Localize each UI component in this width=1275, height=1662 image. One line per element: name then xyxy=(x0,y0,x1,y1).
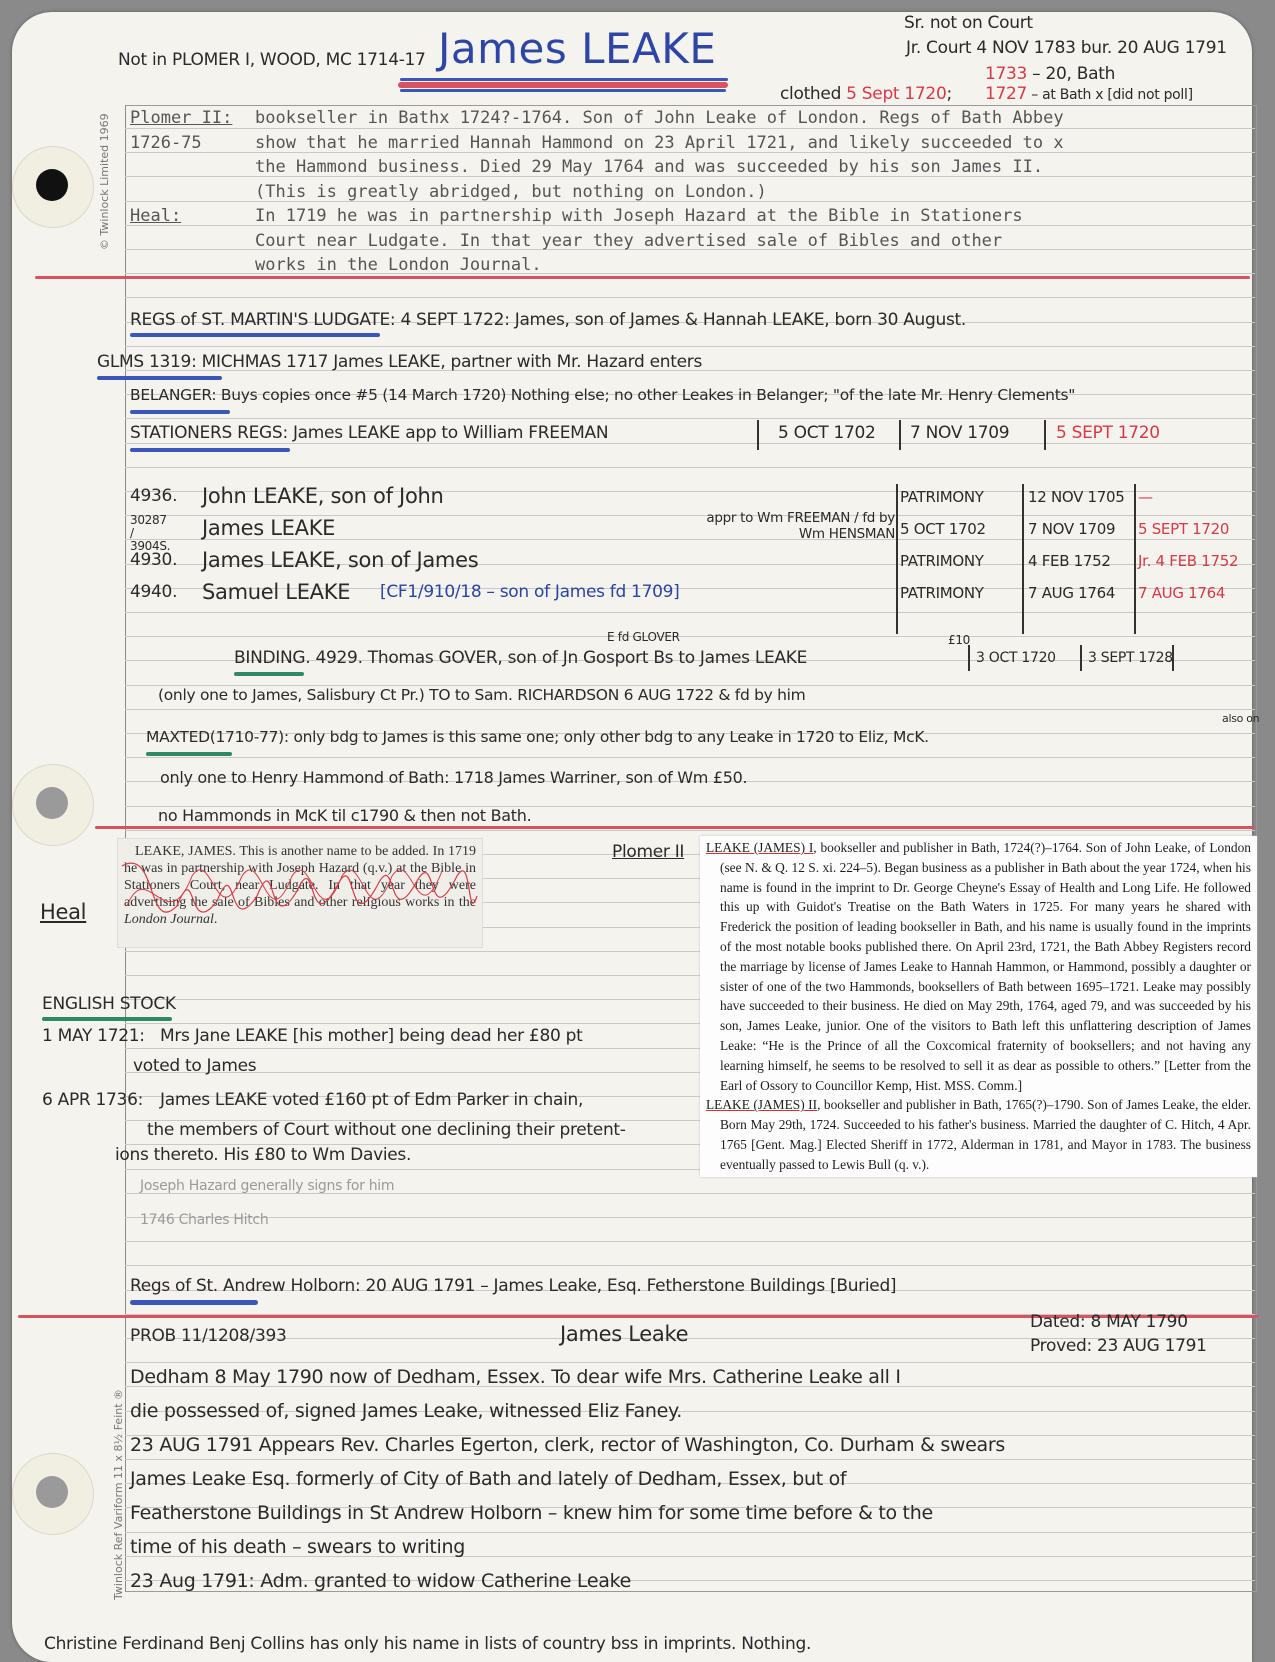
ruled-line xyxy=(125,1459,1255,1460)
will-line: 23 Aug 1791: Adm. granted to widow Cathe… xyxy=(130,1570,631,1592)
will-line: James Leake Esq. formerly of City of Bat… xyxy=(130,1468,846,1490)
bath-note-1-text: – 20, Bath xyxy=(1027,64,1115,84)
plomer-clipping: LEAKE (JAMES) I, bookseller and publishe… xyxy=(700,836,1257,1177)
burial-label: Regs of St. Andrew Holborn xyxy=(130,1276,355,1296)
plomer-entry-1: LEAKE (JAMES) I, bookseller and publishe… xyxy=(706,838,1251,1095)
ruled-line xyxy=(125,1217,1255,1218)
st-martins-text: : 4 SEPT 1722: James, son of James & Han… xyxy=(390,310,966,330)
highlight-blue xyxy=(130,448,290,452)
stationers-text: : James LEAKE app to William FREEMAN xyxy=(282,423,608,443)
court-note-sr: Sr. not on Court xyxy=(904,13,1033,33)
glms-note: GLMS 1319: MICHMAS 1717 James LEAKE, par… xyxy=(97,352,702,372)
column-rule xyxy=(757,420,759,450)
register-name: James LEAKE xyxy=(202,516,335,540)
highlight-green xyxy=(42,1017,172,1021)
binding-above: E fd GLOVER xyxy=(607,630,680,644)
ruled-line xyxy=(125,467,1255,468)
st-martins-note: REGS of ST. MARTIN'S LUDGATE: 4 SEPT 172… xyxy=(130,310,966,330)
stationers-date-2: 7 NOV 1709 xyxy=(910,423,1009,443)
glms-text: : MICHMAS 1717 James LEAKE, partner with… xyxy=(191,352,702,372)
plomer-entry-1-text: , bookseller and publisher in Bath, 1724… xyxy=(720,840,1251,1093)
register-col-3: — xyxy=(1138,488,1153,506)
register-col-2: 4 FEB 1752 xyxy=(1028,552,1111,570)
burial-text: : 20 AUG 1791 – James Leake, Esq. Fether… xyxy=(355,1276,896,1296)
highlight-green xyxy=(234,672,304,676)
title-underline-blue xyxy=(400,78,728,81)
will-ref: PROB 11/1208/393 xyxy=(130,1326,287,1346)
burial-note: Regs of St. Andrew Holborn: 20 AUG 1791 … xyxy=(130,1276,896,1296)
st-martins-label: REGS of ST. MARTIN'S LUDGATE xyxy=(130,310,390,330)
typed-line: show that he married Hannah Hammond on 2… xyxy=(255,133,1064,153)
register-num: 4936. xyxy=(130,486,177,506)
binding-text: . 4929. Thomas GOVER, son of Jn Gosport … xyxy=(305,648,807,668)
register-name: Samuel LEAKE xyxy=(202,580,402,604)
typed-line: the Hammond business. Died 29 May 1764 a… xyxy=(255,157,1043,177)
ruled-line xyxy=(125,1265,1255,1266)
register-col-2: 12 NOV 1705 xyxy=(1028,488,1125,506)
year-red: 1733 xyxy=(985,64,1027,84)
register-num: 4940. xyxy=(130,582,177,602)
printer-mark-bottom: Twinlock Ref Variform 11 x 8½ Feint ® xyxy=(112,1389,125,1600)
stationers-label: STATIONERS REGS xyxy=(130,423,282,443)
register-name: James LEAKE, son of James xyxy=(202,548,478,572)
register-col-3: Jr. 4 FEB 1752 xyxy=(1138,552,1238,570)
clothed-label: clothed xyxy=(780,84,841,104)
will-proved: Proved: 23 AUG 1791 xyxy=(1030,1336,1207,1356)
heal-label: Heal: xyxy=(130,206,181,226)
plomer-entry-2-head: LEAKE (JAMES) II xyxy=(706,1097,817,1112)
es-date-1: 1 MAY 1721: xyxy=(42,1026,145,1046)
column-rule xyxy=(899,420,901,450)
belanger-note: BELANGER: Buys copies once #5 (14 March … xyxy=(130,386,1075,404)
register-col-3: 7 AUG 1764 xyxy=(1138,584,1225,602)
will-dated: Dated: 8 MAY 1790 xyxy=(1030,1312,1188,1332)
ruled-line xyxy=(125,128,1255,129)
will-line: die possessed of, signed James Leake, wi… xyxy=(130,1400,682,1422)
bath-note-2-text: – at Bath x [did not poll] xyxy=(1027,87,1193,103)
typed-line: works in the London Journal. xyxy=(255,255,542,275)
printer-mark-top: © Twinlock Limited 1969 xyxy=(98,113,111,250)
binding-line-2: (only one to James, Salisbury Ct Pr.) TO… xyxy=(158,686,805,704)
heal-clipping-head: LEAKE, JAMES. xyxy=(135,844,236,859)
ruled-line xyxy=(125,636,1255,637)
register-col-1: PATRIMONY xyxy=(900,552,984,570)
punch-hole xyxy=(36,169,68,201)
register-col-1: PATRIMONY xyxy=(900,584,984,602)
highlight-blue xyxy=(130,1300,258,1305)
stationers-date-1: 5 OCT 1702 xyxy=(778,423,876,443)
register-note: appr to Wm FREEMAN / fd by Wm HENSMAN xyxy=(690,510,895,542)
column-rule xyxy=(1172,645,1174,671)
column-rule xyxy=(1080,645,1082,671)
plomer-entry-2: LEAKE (JAMES) II, bookseller and publish… xyxy=(706,1095,1251,1174)
typed-line: bookseller in Bathx 1724?-1764. Son of J… xyxy=(255,108,1064,128)
belanger-text: Buys copies once #5 (14 March 1720) Noth… xyxy=(216,386,1075,404)
not-in-note: Not in PLOMER I, WOOD, MC 1714-17 xyxy=(118,50,426,70)
column-rule xyxy=(1022,484,1024,634)
clothed-date: 5 Sept 1720 xyxy=(846,84,946,104)
heal-clipping: LEAKE, JAMES. This is another name to be… xyxy=(117,838,483,948)
ruled-line xyxy=(125,830,1255,831)
will-line: 23 AUG 1791 Appears Rev. Charles Egerton… xyxy=(130,1434,1005,1456)
typed-line: (This is greatly abridged, but nothing o… xyxy=(255,182,767,202)
column-rule xyxy=(896,484,898,634)
highlight-blue xyxy=(97,376,222,380)
plomer-side-label: Plomer II xyxy=(612,842,684,862)
register-col-2: 7 AUG 1764 xyxy=(1028,584,1115,602)
footer-note: Christine Ferdinand Benj Collins has onl… xyxy=(44,1634,811,1654)
english-stock-label: ENGLISH STOCK xyxy=(42,994,176,1014)
register-col-3: 5 SEPT 1720 xyxy=(1138,520,1229,538)
ruled-line xyxy=(125,418,1255,419)
es-text-1: Mrs Jane LEAKE [his mother] being dead h… xyxy=(160,1026,582,1046)
plomer-years: 1726-75 xyxy=(130,133,202,153)
pencil-note-2: 1746 Charles Hitch xyxy=(140,1212,268,1228)
column-rule xyxy=(1044,420,1046,450)
binding-fee: £10 xyxy=(948,633,970,647)
plomer-label: Plomer II: xyxy=(130,108,232,128)
es-text-2: James LEAKE voted £160 pt of Edm Parker … xyxy=(160,1090,583,1110)
belanger-label: BELANGER: xyxy=(130,386,216,404)
typed-line: In 1719 he was in partnership with Josep… xyxy=(255,206,1023,226)
binding-date-2: 3 SEPT 1728 xyxy=(1088,650,1173,666)
es-date-2: 6 APR 1736: xyxy=(42,1090,143,1110)
clothed-note: clothed 5 Sept 1720; xyxy=(780,84,952,104)
stationers-clothed: 5 SEPT 1720 xyxy=(1056,423,1160,443)
punch-hole xyxy=(36,787,68,819)
glms-label: GLMS 1319 xyxy=(97,352,191,372)
binding-label: BINDING xyxy=(234,648,305,668)
title-underline-blue-2 xyxy=(400,89,726,92)
ruled-line xyxy=(125,612,1255,613)
ruled-line xyxy=(125,757,1255,758)
year-red: 1727 xyxy=(985,84,1027,104)
es-cont-2: the members of Court without one declini… xyxy=(147,1120,626,1140)
ruled-line xyxy=(125,346,1255,347)
maxted-label: MAXTED xyxy=(146,728,210,746)
register-num: 30287 / 3904S. xyxy=(130,514,172,553)
typed-line: Court near Ludgate. In that year they ad… xyxy=(255,231,1002,251)
page-title: James LEAKE xyxy=(438,24,716,73)
maxted-line-3: no Hammonds in McK til c1790 & then not … xyxy=(158,806,531,825)
column-rule xyxy=(1134,484,1136,634)
court-note-jr: Jr. Court 4 NOV 1783 bur. 20 AUG 1791 xyxy=(906,38,1227,58)
es-cont-1: voted to James xyxy=(133,1056,256,1076)
register-name: John LEAKE, son of John xyxy=(202,484,444,508)
register-col-2: 7 NOV 1709 xyxy=(1028,520,1115,538)
ruled-line xyxy=(125,1241,1255,1242)
heal-clipping-end: . xyxy=(214,912,218,927)
bath-note-1: 1733 – 20, Bath xyxy=(985,64,1115,84)
will-name: James Leake xyxy=(560,1322,688,1346)
section-divider xyxy=(35,276,1250,279)
maxted-note: MAXTED(1710-77): only bdg to James is th… xyxy=(146,728,929,746)
ruled-line xyxy=(125,1532,1255,1533)
highlight-blue xyxy=(130,410,230,414)
bath-note-2: 1727 – at Bath x [did not poll] xyxy=(985,84,1193,104)
punch-hole xyxy=(36,1476,68,1508)
plomer-entry-1-head: LEAKE (JAMES) I xyxy=(706,840,813,855)
binding-date-1: 3 OCT 1720 xyxy=(976,650,1056,666)
will-line: Featherstone Buildings in St Andrew Holb… xyxy=(130,1502,933,1524)
section-divider xyxy=(95,826,1255,829)
register-col-1: PATRIMONY xyxy=(900,488,984,506)
register-note: [CF1/910/18 – son of James fd 1709] xyxy=(380,582,679,602)
es-cont-3: ions thereto. His £80 to Wm Davies. xyxy=(115,1145,411,1165)
maxted-line-2: only one to Henry Hammond of Bath: 1718 … xyxy=(160,768,747,787)
will-line: Dedham 8 May 1790 now of Dedham, Essex. … xyxy=(130,1366,901,1388)
register-col-1: 5 OCT 1702 xyxy=(900,520,986,538)
register-num: 4930. xyxy=(130,550,177,570)
stationers-note: STATIONERS REGS: James LEAKE app to Will… xyxy=(130,423,608,443)
maxted-text: (1710-77): only bdg to James is this sam… xyxy=(210,728,929,746)
highlight-green xyxy=(146,752,232,756)
title-underline-red xyxy=(398,82,728,88)
pencil-note-1: Joseph Hazard generally signs for him xyxy=(140,1178,394,1194)
will-line: time of his death – swears to writing xyxy=(130,1536,465,1558)
ruled-line xyxy=(125,709,1255,710)
binding-note: BINDING. 4929. Thomas GOVER, son of Jn G… xyxy=(234,648,807,668)
heal-clipping-italic: London Journal xyxy=(124,912,214,927)
ruled-line xyxy=(125,443,1255,444)
ruled-line xyxy=(125,297,1255,298)
ruled-line xyxy=(125,1362,1255,1363)
maxted-above: also on xyxy=(1222,712,1259,725)
heal-side-label: Heal xyxy=(40,900,86,924)
column-rule xyxy=(968,645,970,671)
highlight-blue xyxy=(130,333,380,337)
